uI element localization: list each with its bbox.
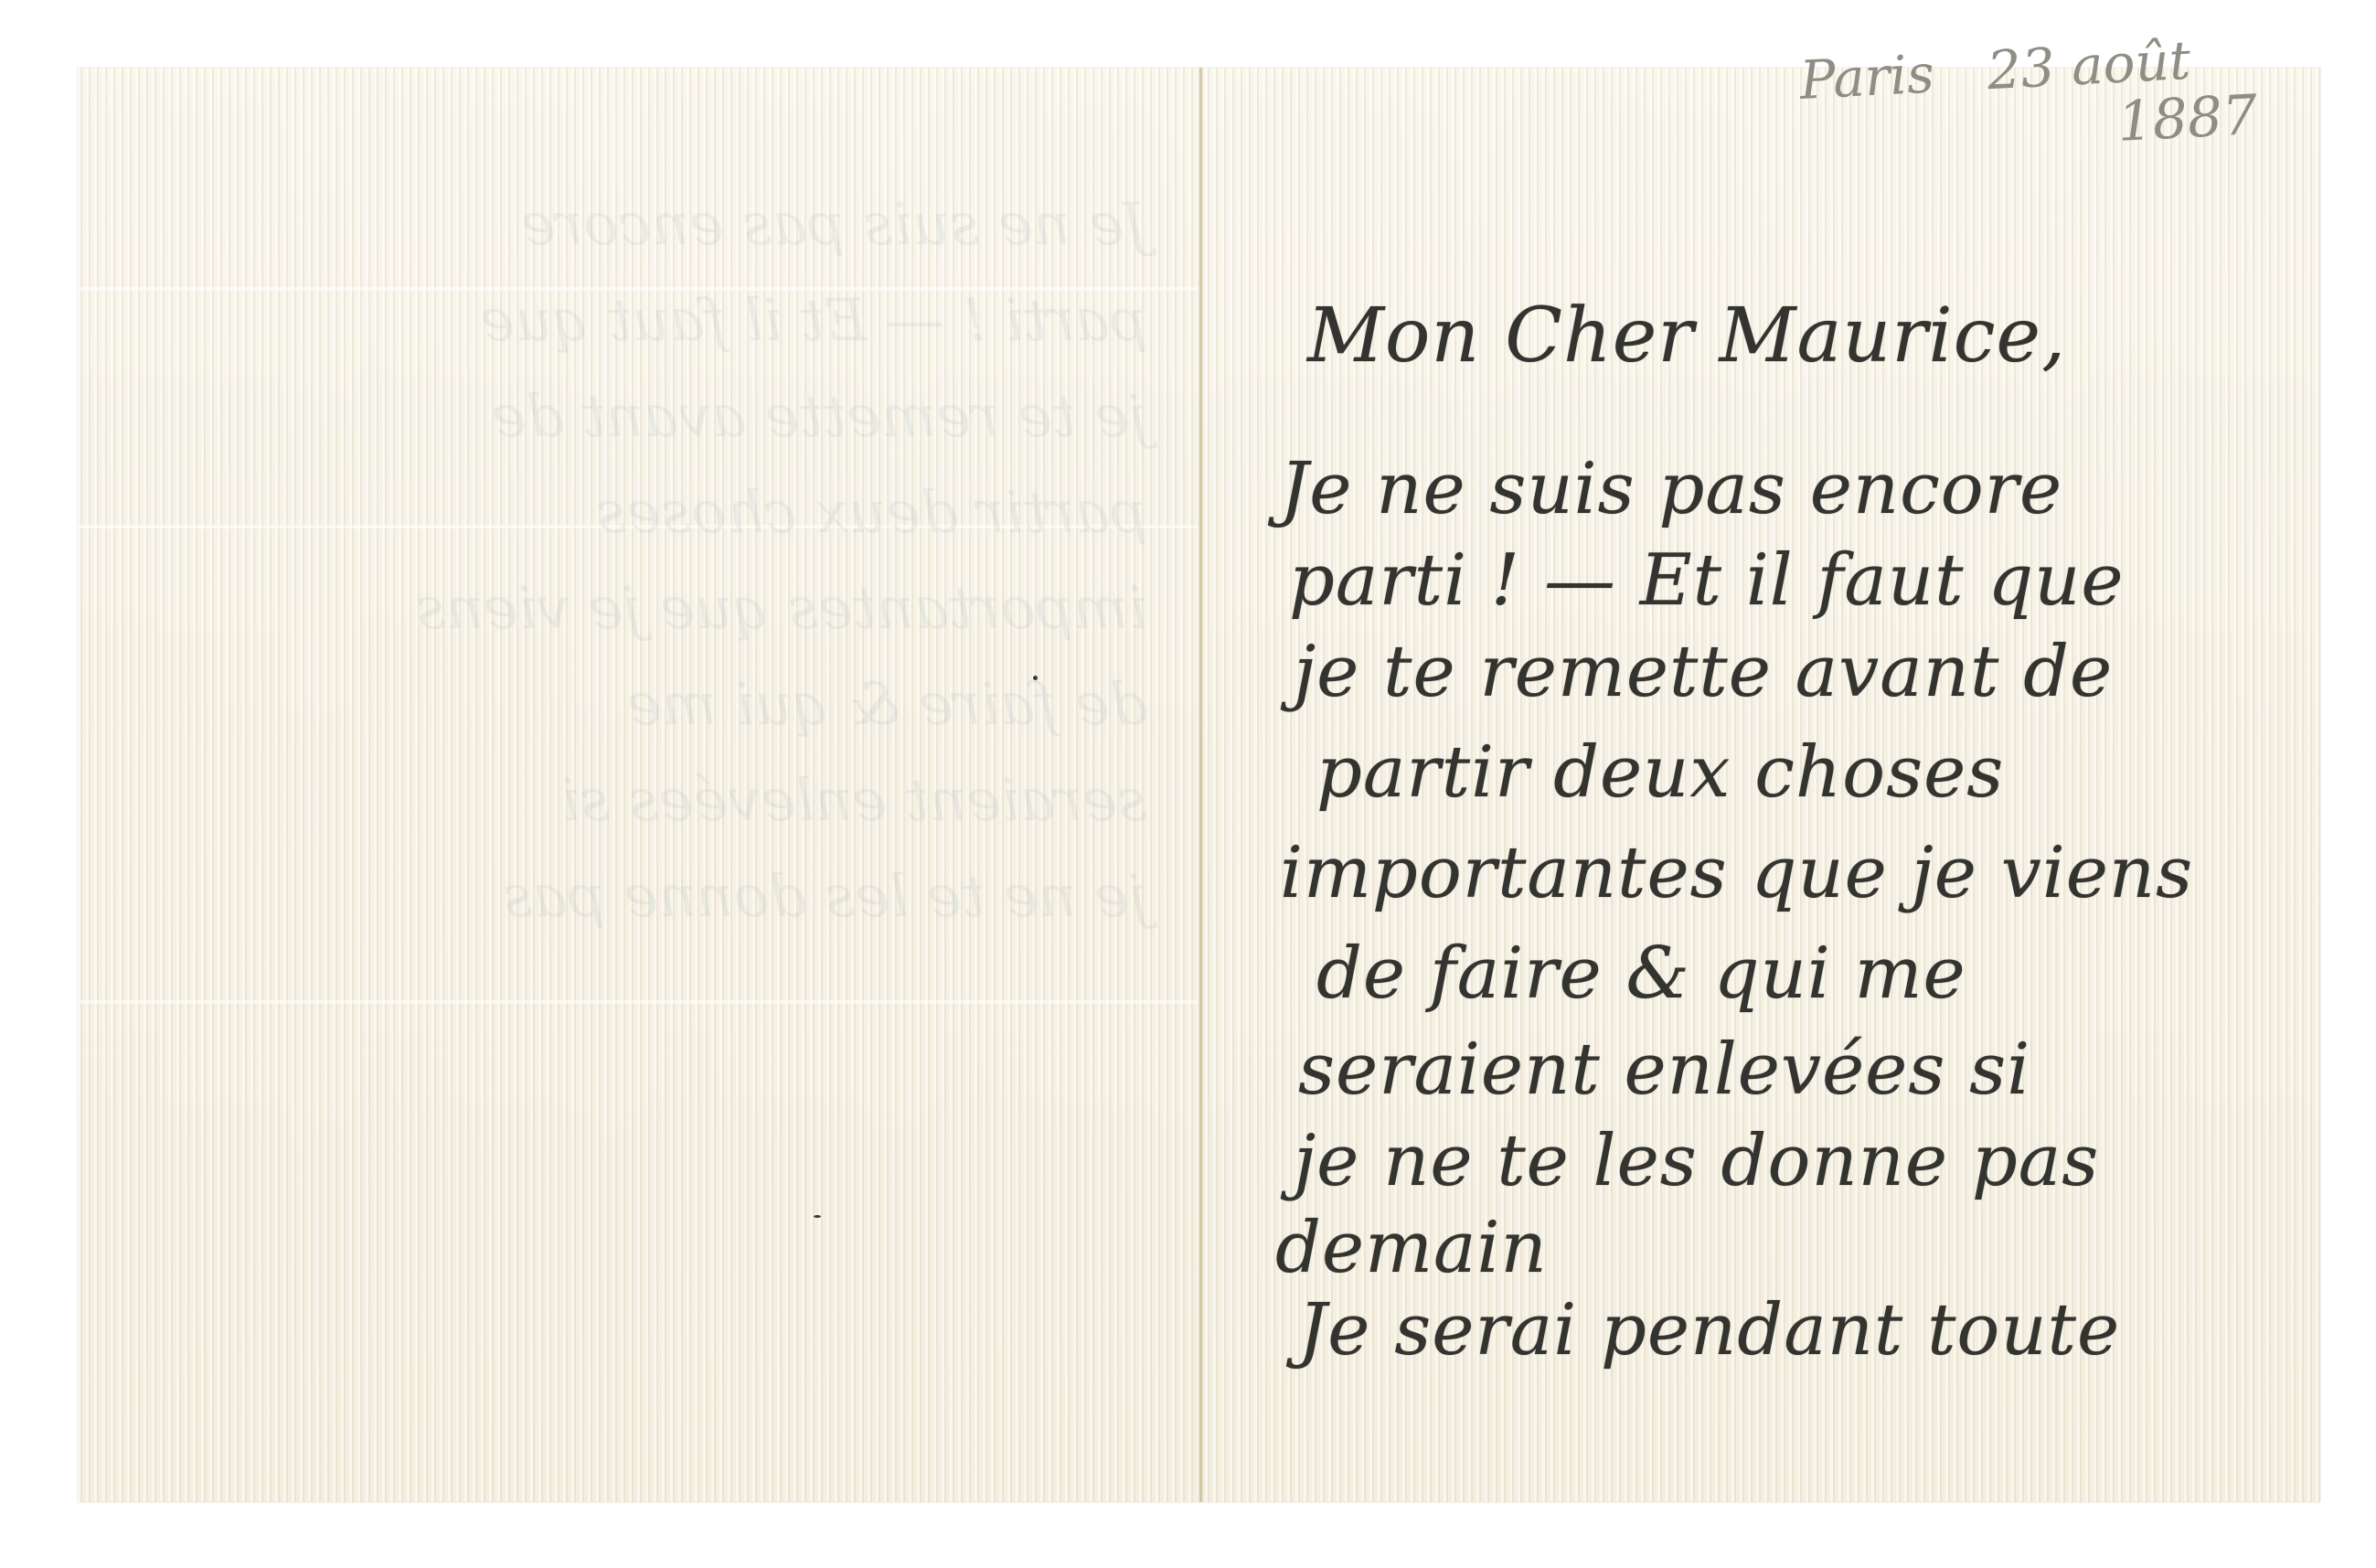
ghost-line: seraient enlevées si	[187, 753, 1147, 849]
ghost-line: je te remette avant de	[187, 369, 1147, 465]
fold-crease	[78, 525, 1198, 528]
ink-speck	[1033, 676, 1038, 680]
letter-line: demain	[1275, 1207, 1548, 1289]
letter-line: Je ne suis pas encore	[1280, 448, 2062, 530]
fold-crease	[78, 1000, 1198, 1004]
ghost-line: de faire & qui me	[187, 657, 1147, 753]
ghost-line: importantes que je viens	[187, 561, 1147, 657]
letter-line: je te remette avant de	[1294, 631, 2113, 713]
ink-speck	[814, 1215, 821, 1218]
letter-line: partir deux choses	[1316, 731, 2004, 814]
annotation-year: 1887	[2116, 88, 2259, 150]
letter-line: seraient enlevées si	[1298, 1029, 2030, 1111]
ghost-line: je ne te les donne pas	[187, 849, 1147, 945]
letter-line: de faire & qui me	[1316, 933, 1966, 1015]
salutation: Mon Cher Maurice,	[1307, 293, 2066, 379]
fold-crease	[78, 287, 1198, 291]
center-fold	[1198, 68, 1203, 1502]
ghost-line: Je ne suis pas encore	[187, 177, 1147, 273]
annotation-place: Paris	[1798, 42, 1935, 112]
letter-line: je ne te les donne pas	[1294, 1120, 2099, 1202]
letter-line: importantes que je viens	[1280, 832, 2193, 914]
date-annotation: Paris 23 août 1887	[1798, 29, 2259, 166]
letter-line: parti ! — Et il faut que	[1289, 539, 2125, 622]
left-page-show-through: Je ne suis pas encore parti ! — Et il fa…	[187, 177, 1147, 1366]
ghost-line: partir deux choses	[187, 465, 1147, 561]
letter-line: Je serai pendant toute	[1298, 1289, 2120, 1371]
